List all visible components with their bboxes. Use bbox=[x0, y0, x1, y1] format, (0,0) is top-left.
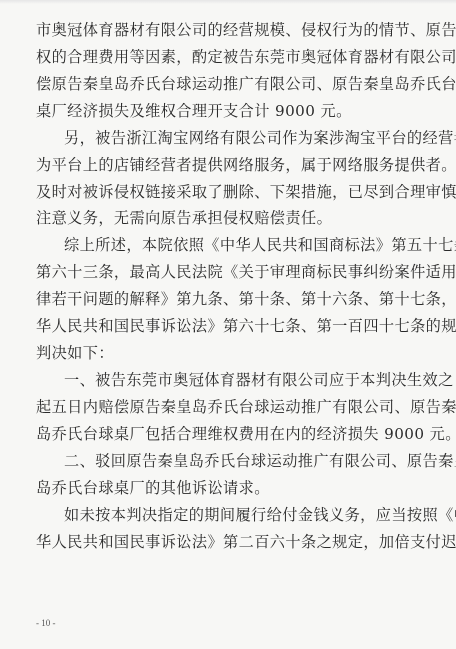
text-line: 律若干问题的解释》第九条、第十条、第十六条、第十七条，《中 bbox=[36, 289, 425, 309]
paragraph-start-line: 二、驳回原告秦皇岛乔氏台球运动推广有限公司、原告秦皇 bbox=[64, 451, 425, 471]
text-line: 桌厂经济损失及维权合理开支合计 9000 元。 bbox=[36, 101, 425, 121]
paragraph-start-line: 如未按本判决指定的期间履行给付金钱义务，应当按照《中 bbox=[64, 505, 425, 525]
paragraph-start-line: 另，被告浙江淘宝网络有限公司作为案涉淘宝平台的经营者， bbox=[64, 128, 425, 148]
paragraph-start-line: 一、被告东莞市奥冠体育器材有限公司应于本判决生效之日 bbox=[64, 370, 425, 390]
text-line: 起五日内赔偿原告秦皇岛乔氏台球运动推广有限公司、原告秦皇 bbox=[36, 397, 425, 417]
paragraph-start-line: 综上所述，本院依照《中华人民共和国商标法》第五十七条、 bbox=[64, 235, 425, 255]
text-line: 华人民共和国民事诉讼法》第二百六十条之规定，加倍支付迟延 bbox=[36, 532, 425, 552]
document-page: 市奥冠体育器材有限公司的经营规模、侵权行为的情节、原告维 权的合理费用等因素，酌… bbox=[0, 0, 456, 649]
text-line: 岛乔氏台球桌厂包括合理维权费用在内的经济损失 9000 元。 bbox=[36, 424, 425, 444]
page-number: - 10 - bbox=[36, 618, 56, 628]
text-line: 华人民共和国民事诉讼法》第六十七条、第一百四十七条的规定， bbox=[36, 316, 425, 336]
text-line: 偿原告秦皇岛乔氏台球运动推广有限公司、原告秦皇岛乔氏台球 bbox=[36, 74, 425, 94]
text-line: 岛乔氏台球桌厂的其他诉讼请求。 bbox=[36, 478, 425, 498]
text-line: 第六十三条，最高人民法院《关于审理商标民事纠纷案件适用法 bbox=[36, 262, 425, 282]
text-line: 权的合理费用等因素，酌定被告东莞市奥冠体育器材有限公司赔 bbox=[36, 47, 425, 67]
text-line: 为平台上的店铺经营者提供网络服务，属于网络服务提供者。且 bbox=[36, 155, 425, 175]
text-line: 市奥冠体育器材有限公司的经营规模、侵权行为的情节、原告维 bbox=[36, 20, 425, 40]
text-line: 及时对被诉侵权链接采取了删除、下架措施，已尽到合理审慎的 bbox=[36, 182, 425, 202]
text-line: 判决如下： bbox=[36, 343, 425, 363]
text-line: 注意义务，无需向原告承担侵权赔偿责任。 bbox=[36, 208, 425, 228]
